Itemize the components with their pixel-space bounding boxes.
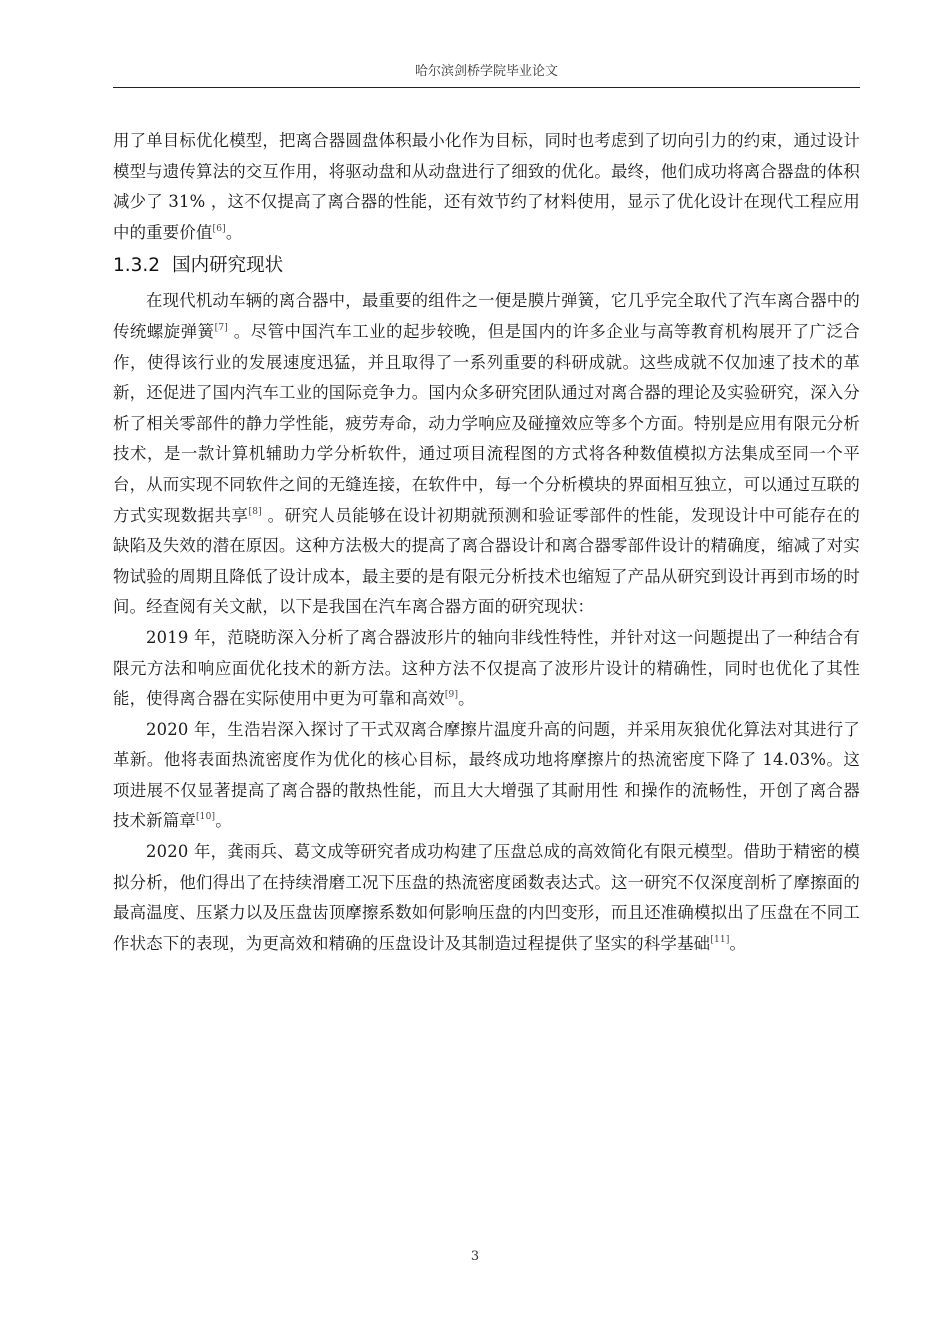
section-title: 国内研究现状 [172, 255, 283, 276]
paragraph-end: 。 [215, 811, 232, 830]
header-divider [113, 87, 860, 88]
page-header: 哈尔滨剑桥学院毕业论文 [113, 62, 860, 88]
section-number: 1.3.2 [113, 255, 160, 276]
page-body: 用了单目标优化模型，把离合器圆盘体积最小化作为目标，同时也考虑到了切向引力的约束… [113, 126, 860, 959]
citation-9: [9] [445, 690, 458, 700]
paragraph-continued: 用了单目标优化模型，把离合器圆盘体积最小化作为目标，同时也考虑到了切向引力的约束… [113, 126, 860, 248]
page-number: 3 [0, 1249, 950, 1264]
section-heading: 1.3.2国内研究现状 [113, 250, 860, 282]
citation-10: [10] [196, 812, 215, 822]
paragraph-text: 2019 年，范晓昉深入分析了离合器波形片的轴向非线性特性，并针对这一问题提出了… [113, 628, 860, 708]
paragraph-text: 2020 年，龚雨兵、葛文成等研究者成功构建了压盘总成的高效简化有限元模型。借助… [113, 842, 860, 953]
paragraph-end: 。 [226, 223, 243, 242]
citation-6: [6] [213, 224, 226, 234]
paragraph-end: 。 [730, 934, 747, 953]
header-title: 哈尔滨剑桥学院毕业论文 [415, 64, 558, 79]
paragraph-end: 。 [458, 689, 475, 708]
paragraph-2019: 2019 年，范晓昉深入分析了离合器波形片的轴向非线性特性，并针对这一问题提出了… [113, 623, 860, 715]
citation-7: [7] [215, 323, 228, 333]
paragraph-2020-a: 2020 年，生浩岩深入探讨了干式双离合摩擦片温度升高的问题，并采用灰狼优化算法… [113, 715, 860, 837]
paragraph-text: 。尽管中国汽车工业的起步较晚，但是国内的许多企业与高等教育机构展开了广泛合作，使… [113, 322, 860, 525]
citation-11: [11] [710, 935, 729, 945]
paragraph-intro: 在现代机动车辆的离合器中，最重要的组件之一便是膜片弹簧，它几乎完全取代了汽车离合… [113, 286, 860, 623]
citation-8: [8] [248, 507, 261, 517]
paragraph-2020-b: 2020 年，龚雨兵、葛文成等研究者成功构建了压盘总成的高效简化有限元模型。借助… [113, 837, 860, 959]
